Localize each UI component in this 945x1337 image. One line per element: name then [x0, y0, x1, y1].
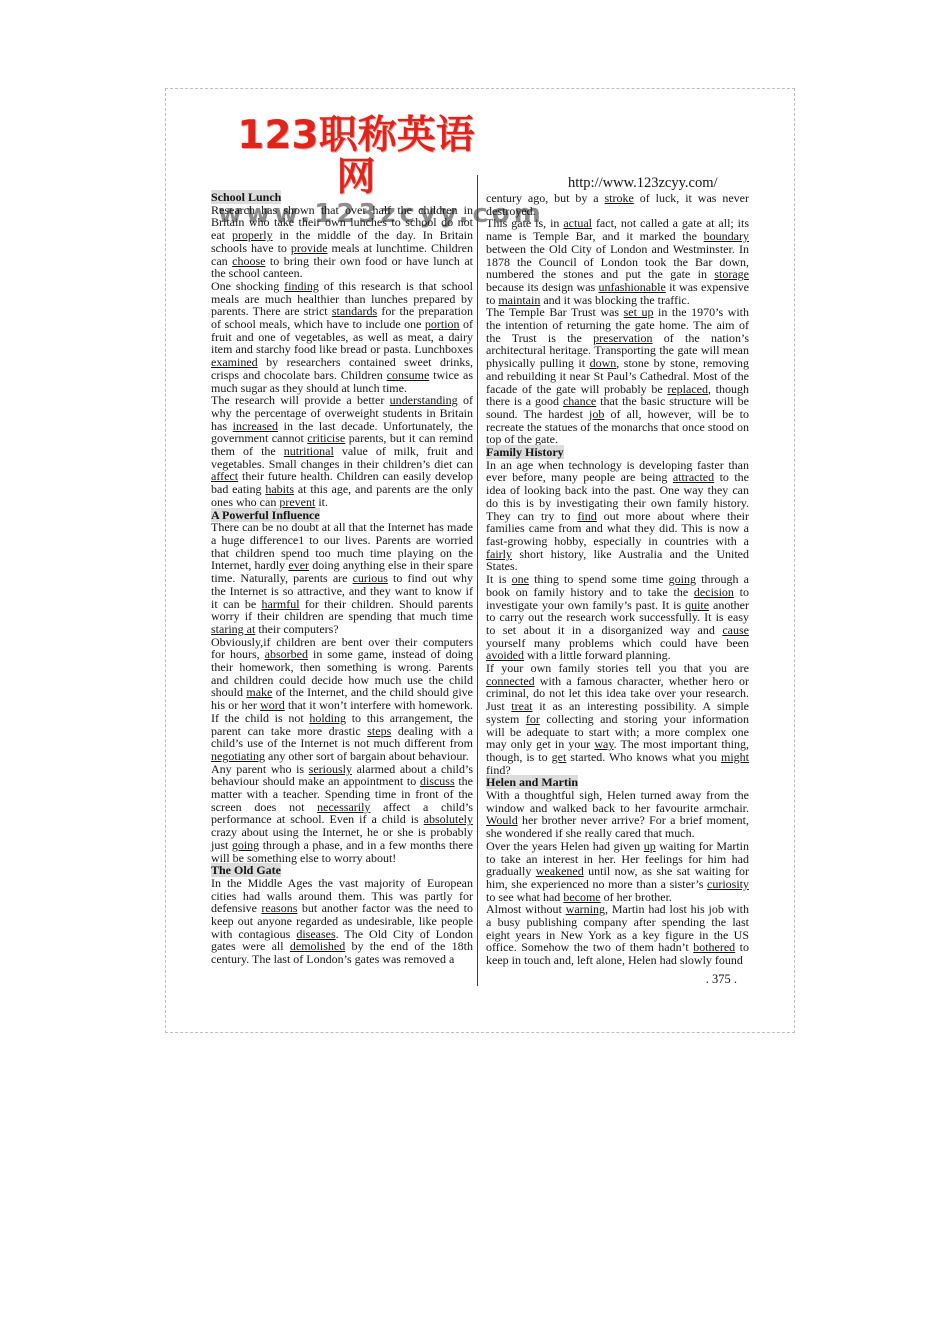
paragraph: In the Middle Ages the vast majority of … [211, 877, 473, 966]
text-run: started. Who knows what you [566, 750, 721, 764]
page-number: . 375 . [486, 973, 749, 986]
text-run: With a thoughtful sigh, Helen turned awa… [486, 788, 749, 815]
paragraph: Almost without warning, Martin had lost … [486, 903, 749, 967]
text-run: between the Old City of London and Westm… [486, 242, 749, 281]
paragraph: It is one thing to spend some time going… [486, 573, 749, 662]
underlined-word: prevent [279, 495, 315, 509]
underlined-word: curiosity [707, 877, 749, 891]
text-run: it. [315, 495, 328, 509]
right-column: http://www.123zcyy.com/century ago, but … [478, 175, 749, 986]
paragraph: Any parent who is seriously alarmed abou… [211, 763, 473, 865]
paragraph: Over the years Helen had given up waitin… [486, 840, 749, 904]
paragraph: century ago, but by a stroke of luck, it… [486, 192, 749, 217]
two-column-text: School LunchResearch has shown that over… [211, 175, 753, 986]
text-run: short history, like Australia and the Un… [486, 547, 749, 574]
document-page: 123职称英语网 www.123zcyy.com School LunchRes… [165, 88, 795, 1033]
text-run: her brother never arrive? For a brief mo… [486, 813, 749, 840]
underlined-word: stroke [605, 191, 634, 205]
paragraph: Research has shown that over half the ch… [211, 204, 473, 280]
left-column: School LunchResearch has shown that over… [211, 175, 477, 986]
paragraph: With a thoughtful sigh, Helen turned awa… [486, 789, 749, 840]
paragraph: The Temple Bar Trust was set up in the 1… [486, 306, 749, 446]
paragraph: This gate is, in actual fact, not called… [486, 217, 749, 306]
paragraph: If your own family stories tell you that… [486, 662, 749, 776]
underlined-word: get [552, 750, 567, 764]
paragraph: One shocking finding of this research is… [211, 280, 473, 394]
paragraph: In an age when technology is developing … [486, 459, 749, 573]
header-url: http://www.123zcyy.com/ [486, 175, 749, 191]
paragraph: There can be no doubt at all that the In… [211, 521, 473, 635]
paragraph: Obviously,if children are bent over thei… [211, 636, 473, 763]
underlined-word: might [721, 750, 749, 764]
paragraph: The research will provide a better under… [211, 394, 473, 508]
